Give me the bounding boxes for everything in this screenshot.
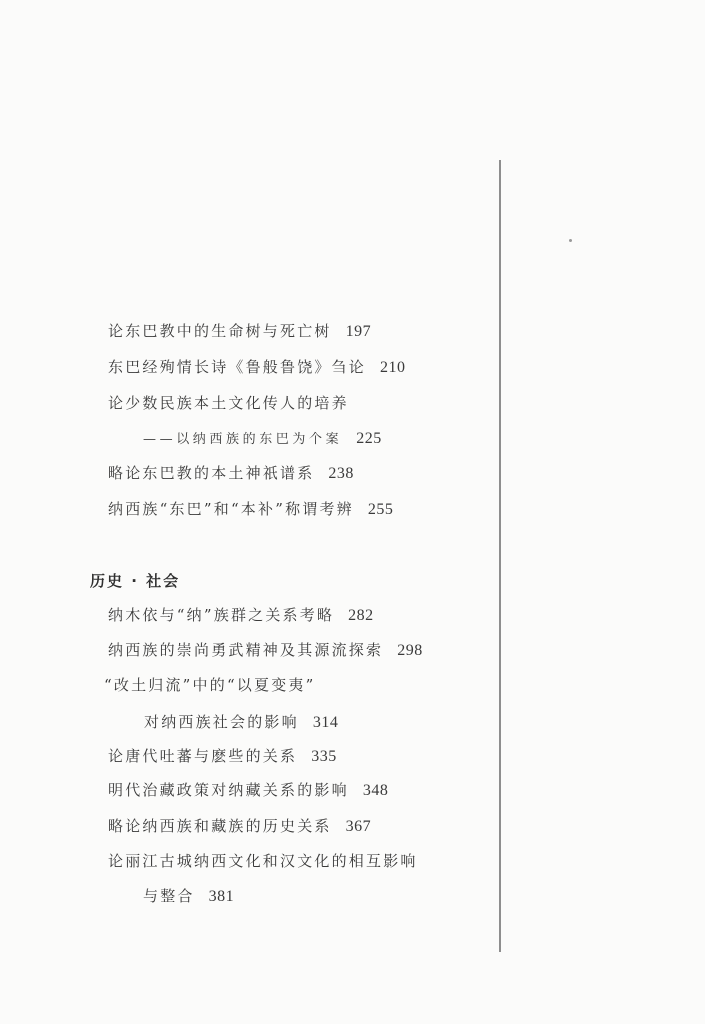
- toc-entry-continuation[interactable]: 与整合381: [143, 886, 234, 907]
- toc-entry-title: 纳西族的崇尚勇武精神及其源流探索: [108, 641, 383, 659]
- section-heading: 历史 · 社会: [90, 570, 180, 591]
- toc-entry[interactable]: 纳木依与“纳”族群之关系考略282: [108, 605, 374, 626]
- toc-entry[interactable]: 论少数民族本土文化传人的培养: [108, 393, 349, 413]
- toc-entry-title: 纳西族“东巴”和“本补”称谓考辨: [108, 500, 354, 518]
- toc-entry-title: “改土归流”中的“以夏变夷”: [104, 676, 315, 694]
- toc-entry[interactable]: 论丽江古城纳西文化和汉文化的相互影响: [108, 851, 418, 871]
- vertical-rule: [499, 160, 501, 952]
- toc-entry-page: 335: [311, 748, 337, 765]
- toc-entry-page: 381: [209, 888, 235, 905]
- toc-entry-title: 东巴经殉情长诗《鲁般鲁饶》刍论: [108, 358, 366, 376]
- toc-entry[interactable]: “改土归流”中的“以夏变夷”: [104, 675, 315, 695]
- toc-entry-title: 略论东巴教的本土神祇谱系: [108, 464, 314, 482]
- toc-entry-page: 197: [346, 323, 372, 340]
- toc-entry-subtitle[interactable]: ——以纳西族的东巴为个案225: [143, 429, 382, 450]
- toc-entry-title: 纳木依与“纳”族群之关系考略: [108, 606, 334, 624]
- toc-entry-page: 282: [348, 607, 374, 624]
- toc-entry-page: 348: [363, 782, 389, 799]
- toc-entry-title: ——以纳西族的东巴为个案: [143, 432, 342, 447]
- toc-entry-page: 298: [397, 642, 423, 659]
- toc-entry-title: 论少数民族本土文化传人的培养: [108, 394, 349, 412]
- toc-entry-page: 225: [356, 430, 382, 447]
- toc-entry-title: 论东巴教中的生命树与死亡树: [108, 322, 332, 340]
- toc-entry-page: 238: [328, 465, 354, 482]
- toc-entry-continuation[interactable]: 对纳西族社会的影响314: [144, 712, 338, 733]
- toc-entry[interactable]: 明代治藏政策对纳藏关系的影响348: [108, 780, 388, 801]
- toc-entry-title: 明代治藏政策对纳藏关系的影响: [108, 781, 349, 799]
- toc-entry-title: 论唐代吐蕃与麽些的关系: [108, 747, 297, 765]
- toc-entry-page: 255: [368, 501, 394, 518]
- toc-entry-title: 略论纳西族和藏族的历史关系: [108, 817, 332, 835]
- toc-entry[interactable]: 纳西族“东巴”和“本补”称谓考辨255: [108, 499, 393, 520]
- toc-entry-page: 314: [313, 714, 339, 731]
- toc-entry-page: 210: [380, 359, 406, 376]
- toc-entry[interactable]: 略论东巴教的本土神祇谱系238: [108, 463, 354, 484]
- toc-entry[interactable]: 略论纳西族和藏族的历史关系367: [108, 816, 371, 837]
- toc-entry[interactable]: 论唐代吐蕃与麽些的关系335: [108, 746, 337, 767]
- toc-entry-title: 与整合: [143, 887, 195, 905]
- toc-entry[interactable]: 东巴经殉情长诗《鲁般鲁饶》刍论210: [108, 357, 406, 378]
- print-speck: [569, 239, 572, 242]
- toc-entry-title: 论丽江古城纳西文化和汉文化的相互影响: [108, 852, 418, 870]
- toc-entry-title: 对纳西族社会的影响: [144, 713, 299, 731]
- toc-entry[interactable]: 论东巴教中的生命树与死亡树197: [108, 321, 371, 342]
- toc-entry-page: 367: [346, 818, 372, 835]
- toc-entry[interactable]: 纳西族的崇尚勇武精神及其源流探索298: [108, 640, 423, 661]
